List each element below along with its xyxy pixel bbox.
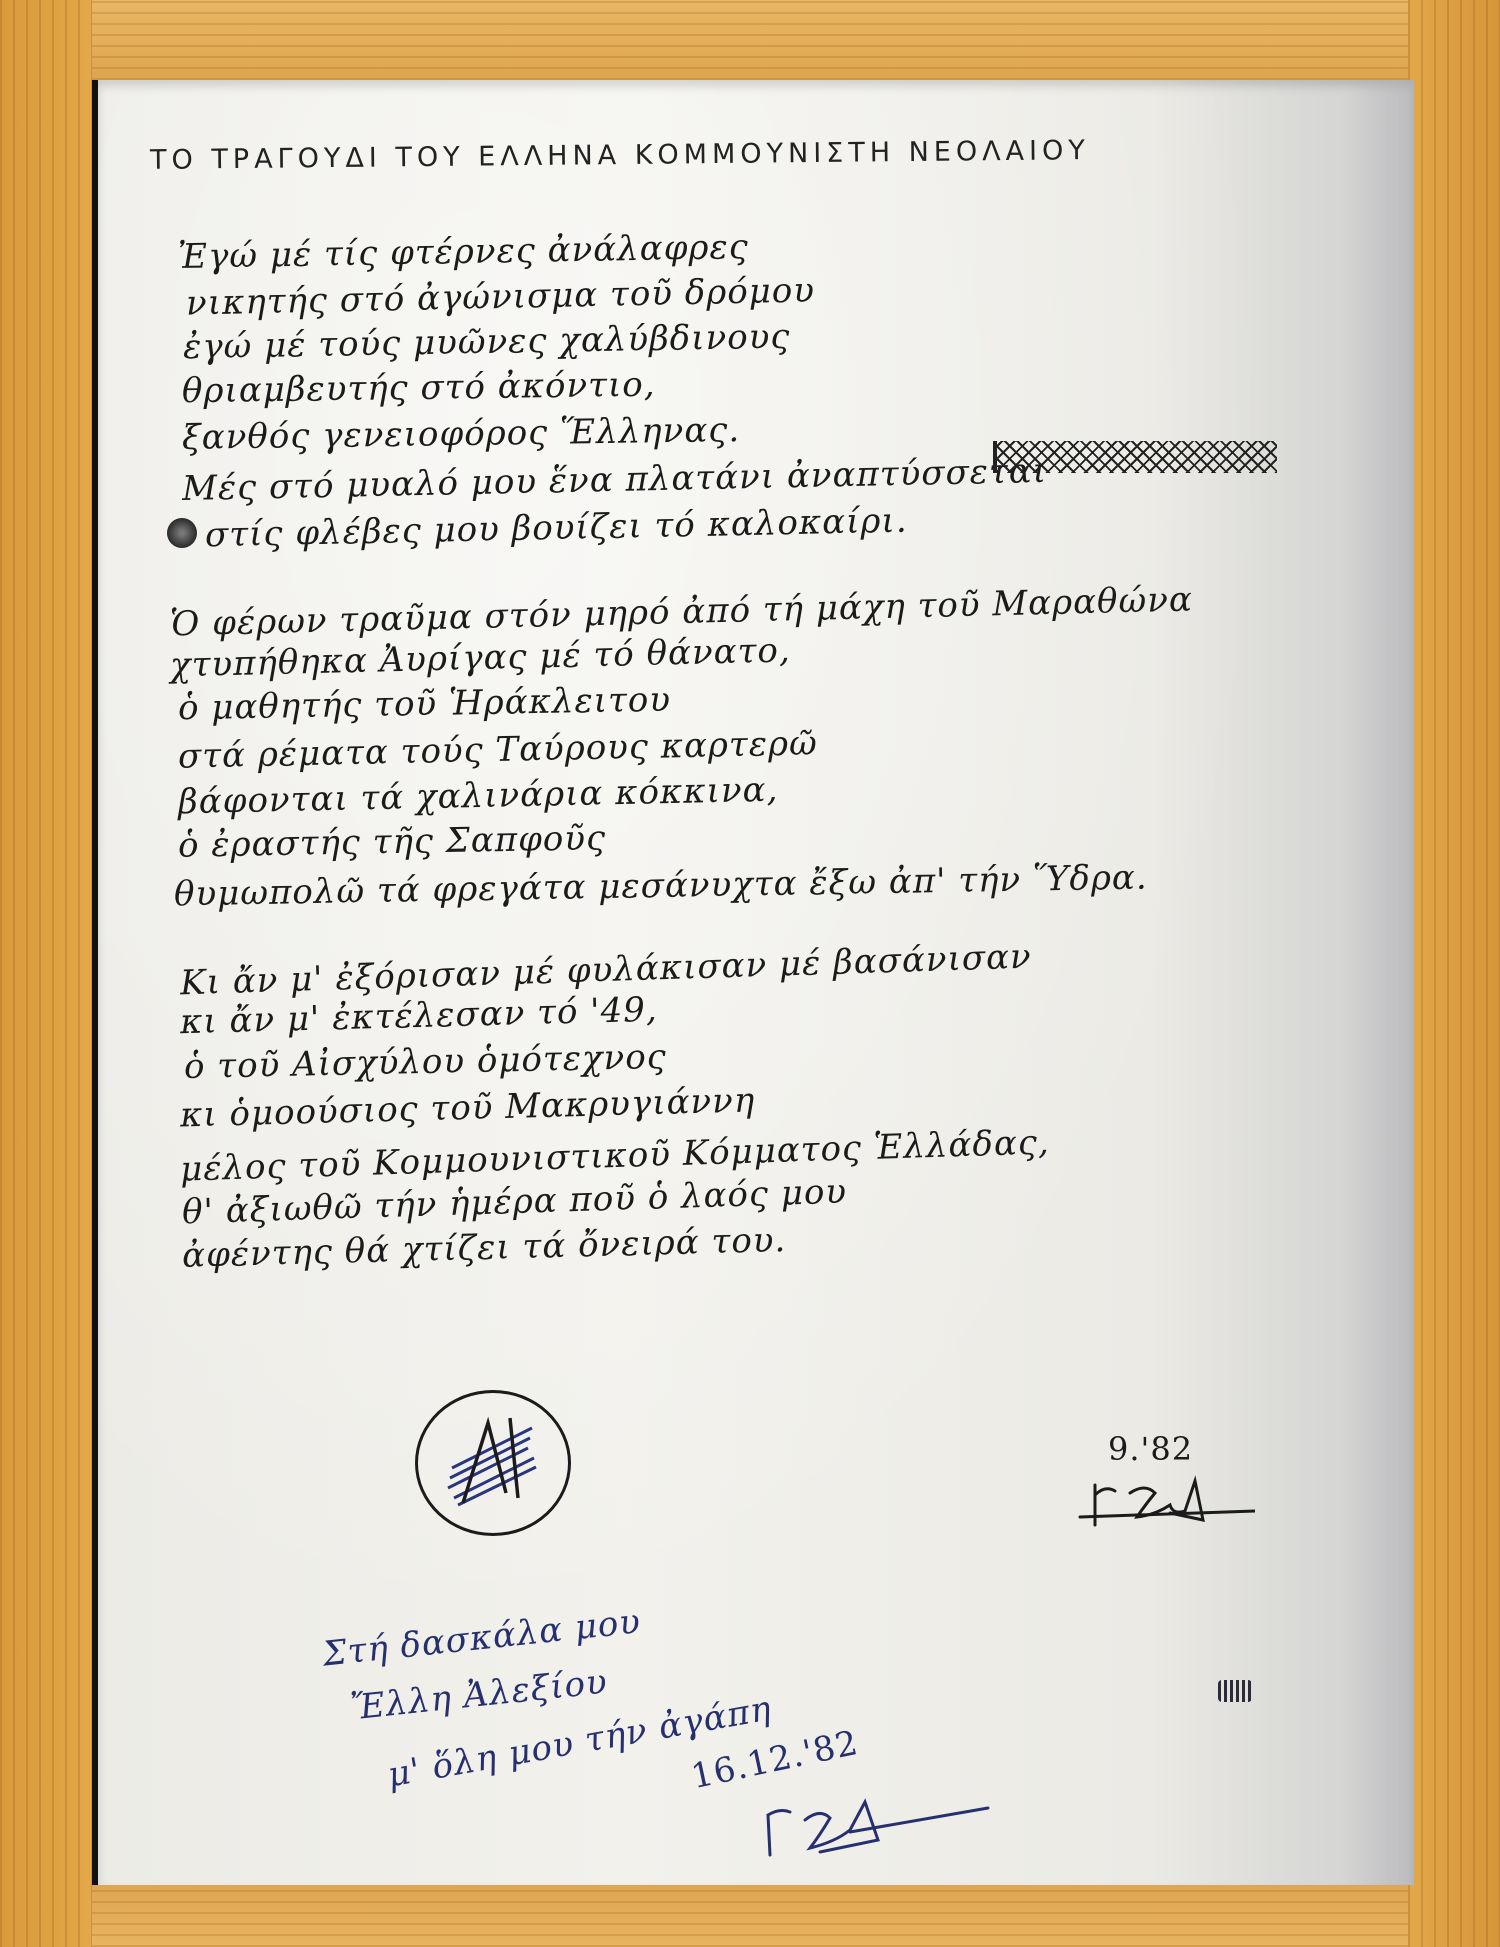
emblem-mark-icon [418, 1393, 568, 1533]
ink-stamp-mark-icon [1218, 1680, 1252, 1702]
party-emblem: ΝΑ [415, 1390, 571, 1536]
frame-top [0, 0, 1500, 80]
poem-line: ὁ ἐραστής τῆς Σαπφοῦς [178, 818, 607, 865]
frame-bottom [0, 1885, 1500, 1947]
paper-shadow [1344, 80, 1414, 1885]
poem-line: ξανθός γενειοφόρος Ἕλληνας. [182, 410, 741, 458]
author-signature-icon [1075, 1475, 1255, 1535]
frame-right [1408, 0, 1500, 1947]
crossed-out-text [993, 441, 1277, 473]
poem-line: θριαμβευτής στό ἀκόντιο, [182, 365, 656, 412]
composition-date: 9.'82 [1108, 1430, 1193, 1468]
frame-left [0, 0, 92, 1947]
dedication-signature-icon [760, 1790, 990, 1860]
ink-blot-icon [167, 518, 197, 548]
